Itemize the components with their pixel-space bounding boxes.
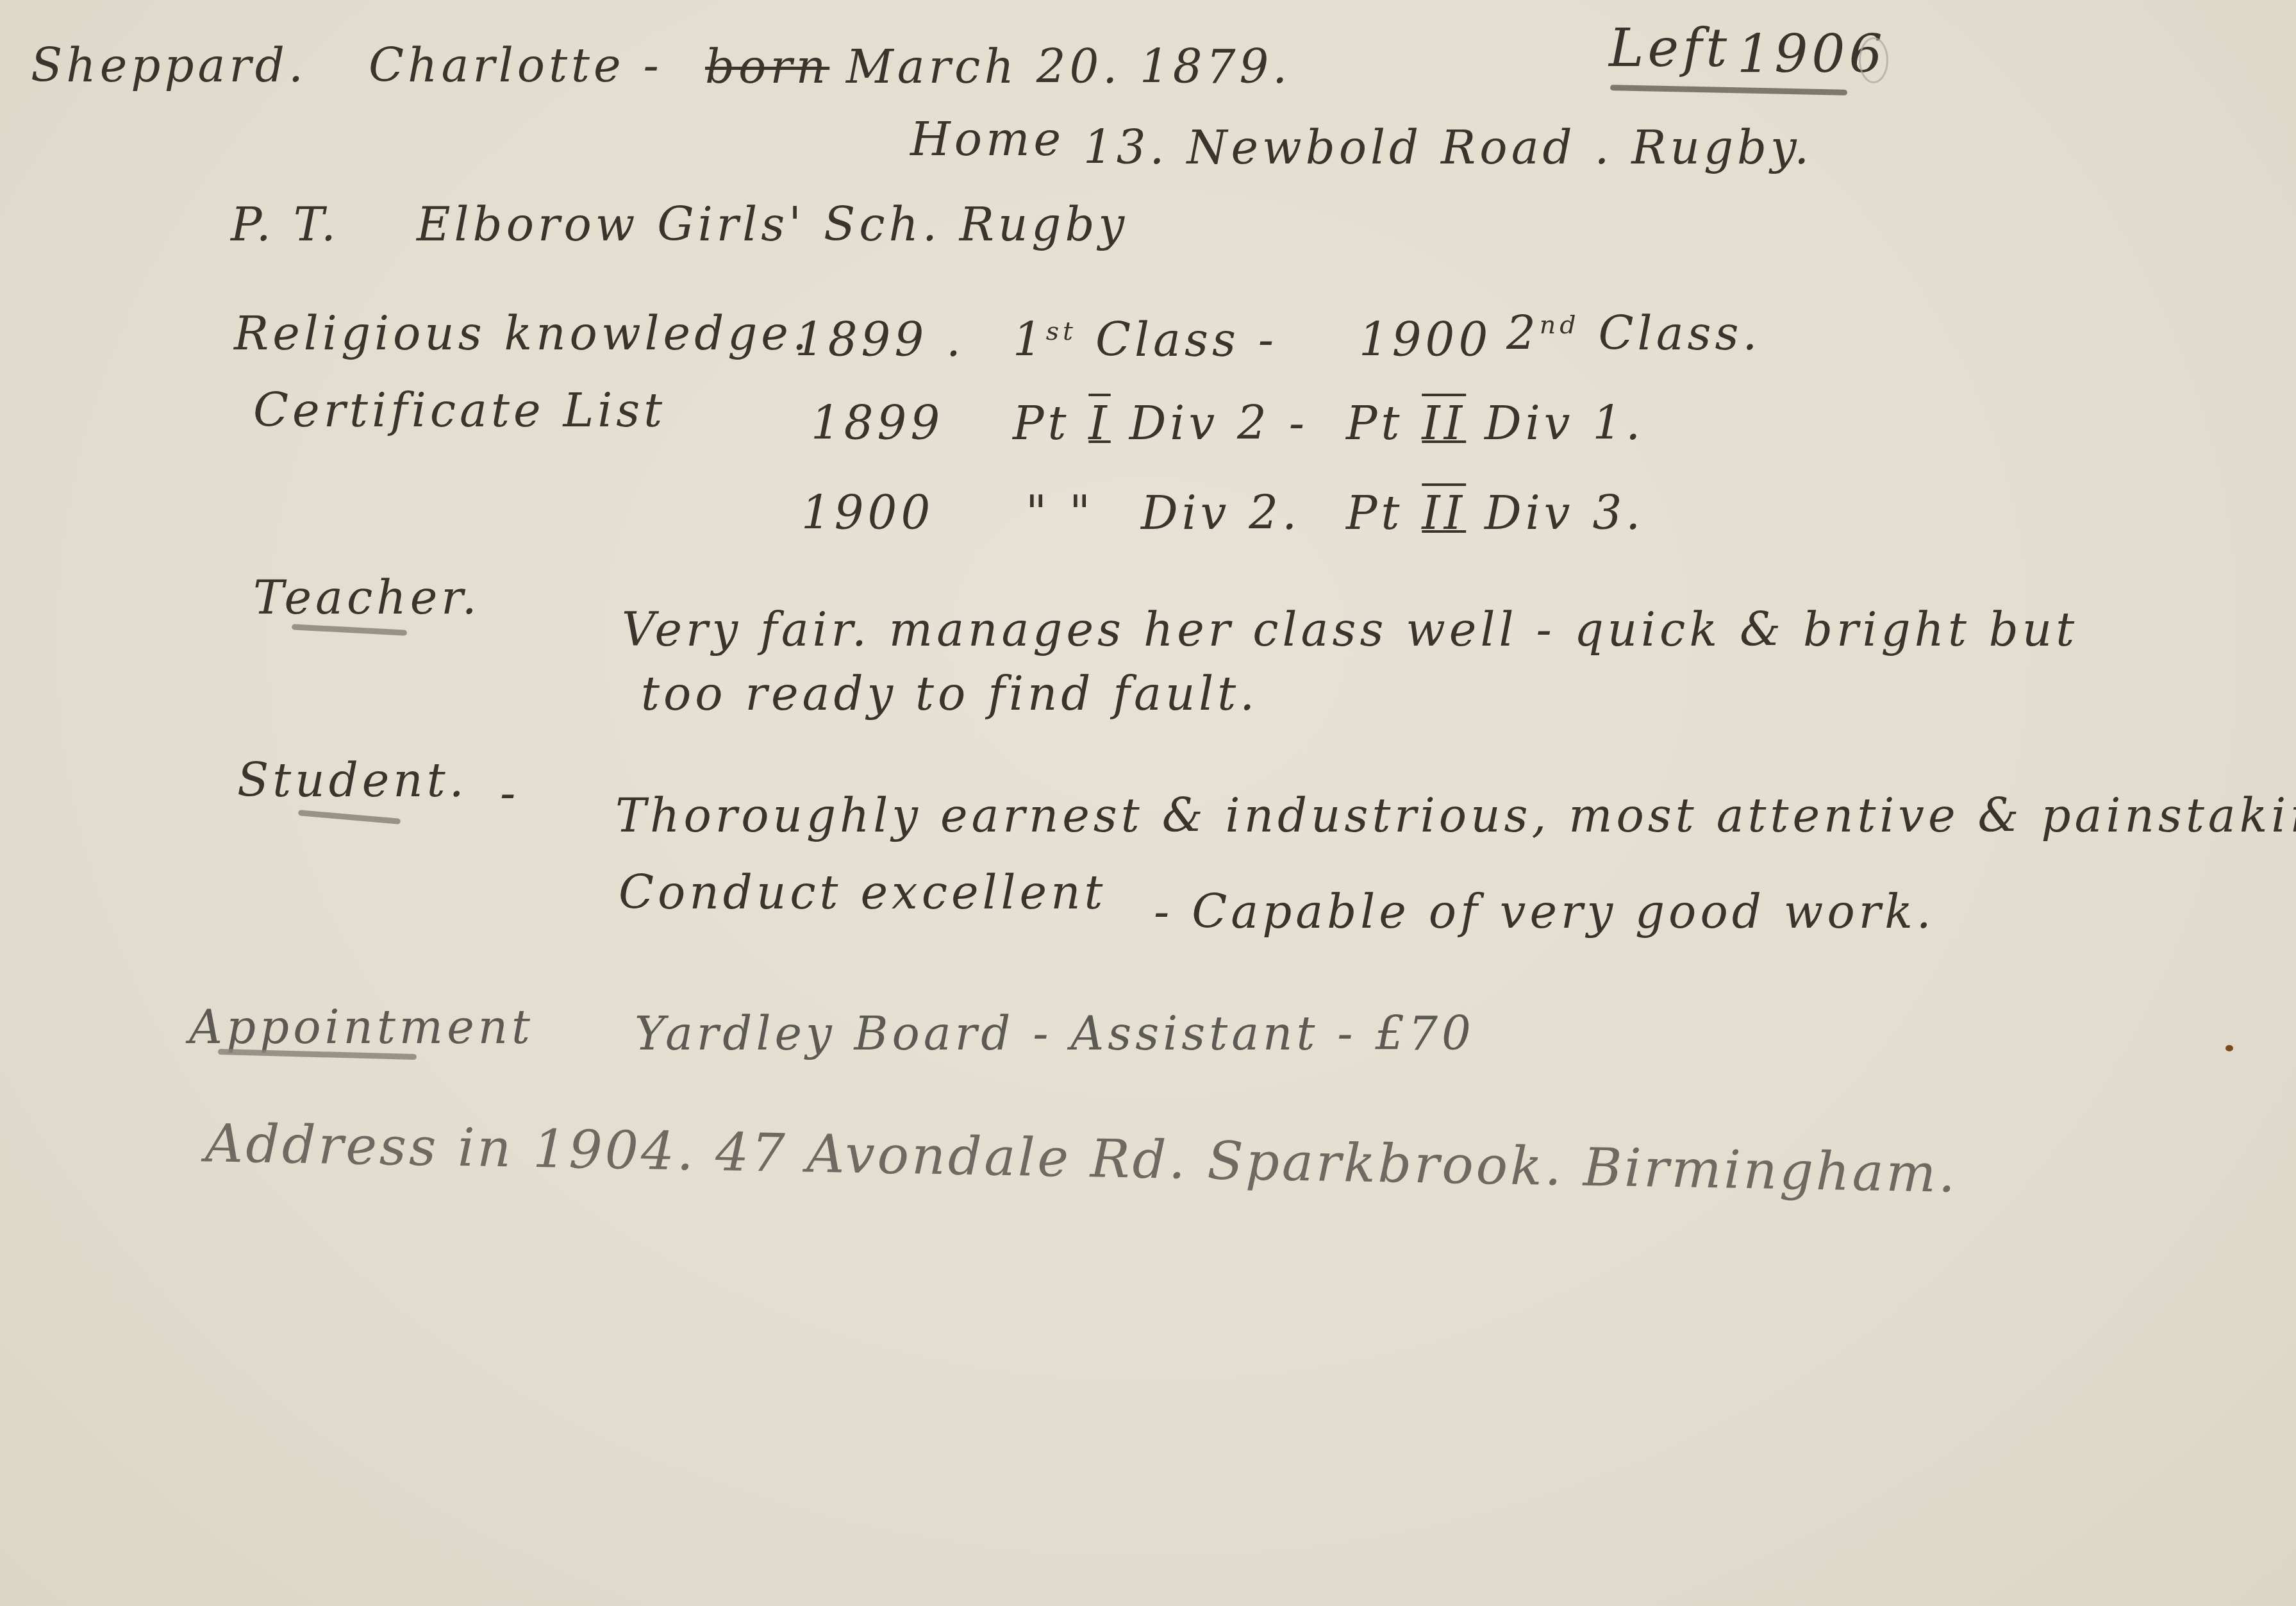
class-text: Class - bbox=[1095, 313, 1277, 367]
religious-1900-year: 1900 bbox=[1359, 313, 1492, 367]
cert-row-2-part2: Pt II Div 3. bbox=[1346, 486, 1644, 540]
cert-row-2-year: 1900 bbox=[801, 486, 934, 540]
ordinal-suffix: nd bbox=[1540, 310, 1580, 340]
forename: Charlotte - bbox=[369, 38, 663, 92]
religious-1899-year: 1899 . bbox=[795, 313, 965, 367]
teacher-report-line-1: Very fair. manages her class well - quic… bbox=[622, 603, 2078, 657]
part-numeral: II bbox=[1422, 486, 1466, 540]
religious-1899-result: 1st Class - bbox=[1013, 313, 1277, 367]
teacher-label: Teacher. bbox=[253, 571, 481, 624]
left-underline bbox=[1610, 85, 1847, 96]
student-report-line-1: Thoroughly earnest & industrious, most a… bbox=[615, 789, 2296, 842]
class-number: 2 bbox=[1506, 306, 1540, 360]
student-dash: - bbox=[500, 766, 519, 820]
student-underline bbox=[298, 810, 401, 824]
home-address: 13. Newbold Road . Rugby. bbox=[1083, 121, 1813, 174]
part-label: Pt bbox=[1346, 396, 1403, 450]
part-numeral: I bbox=[1088, 396, 1110, 450]
religious-knowledge-label: Religious knowledge. bbox=[234, 306, 811, 360]
appointment-value: Yardley Board - Assistant - £70 bbox=[635, 1007, 1475, 1060]
division: Div 1. bbox=[1485, 396, 1644, 450]
address-1904: Address in 1904. 47 Avondale Rd. Sparkbr… bbox=[204, 1113, 1958, 1205]
class-number: 1 bbox=[1013, 313, 1046, 367]
cert-row-1-part2: Pt II Div 1. bbox=[1346, 396, 1644, 450]
cert-row-1-part1: Pt I Div 2 - bbox=[1013, 396, 1308, 450]
religious-1900-result: 2nd Class. bbox=[1506, 306, 1761, 360]
student-report-line-2b: - Capable of very good work. bbox=[1154, 885, 1935, 939]
record-card: Sheppard. Charlotte - born March 20. 187… bbox=[0, 0, 2296, 1606]
birth-date: March 20. 1879. bbox=[846, 40, 1291, 94]
born-struck-text: born bbox=[705, 40, 829, 94]
division: Div 2 - bbox=[1129, 396, 1308, 450]
ordinal-suffix: st bbox=[1046, 317, 1077, 346]
student-label: Student. bbox=[237, 753, 468, 807]
part-label: Pt bbox=[1346, 486, 1403, 540]
part-label: Pt bbox=[1013, 396, 1070, 450]
cert-row-2-ditto: " " bbox=[1026, 486, 1094, 540]
surname: Sheppard. bbox=[31, 38, 307, 92]
cert-row-1-year: 1899 bbox=[811, 396, 944, 450]
division: Div 3. bbox=[1485, 486, 1644, 540]
home-label: Home bbox=[910, 112, 1065, 166]
teacher-underline bbox=[292, 624, 407, 635]
student-report-line-2a: Conduct excellent bbox=[619, 866, 1107, 919]
pencil-correction-mark bbox=[1859, 37, 1888, 83]
cert-row-2-part1-div: Div 2. bbox=[1141, 486, 1301, 540]
pt-label: P. T. bbox=[231, 197, 340, 251]
teacher-report-line-2: too ready to find fault. bbox=[641, 667, 1258, 721]
part-numeral: II bbox=[1422, 396, 1466, 450]
class-text: Class. bbox=[1599, 306, 1761, 360]
ink-spot bbox=[2225, 1045, 2233, 1051]
left-label: Left bbox=[1609, 18, 1731, 79]
appointment-label: Appointment bbox=[189, 1000, 534, 1054]
certificate-list-label: Certificate List bbox=[253, 383, 666, 437]
pt-school: Elborow Girls' Sch. Rugby bbox=[417, 197, 1128, 251]
